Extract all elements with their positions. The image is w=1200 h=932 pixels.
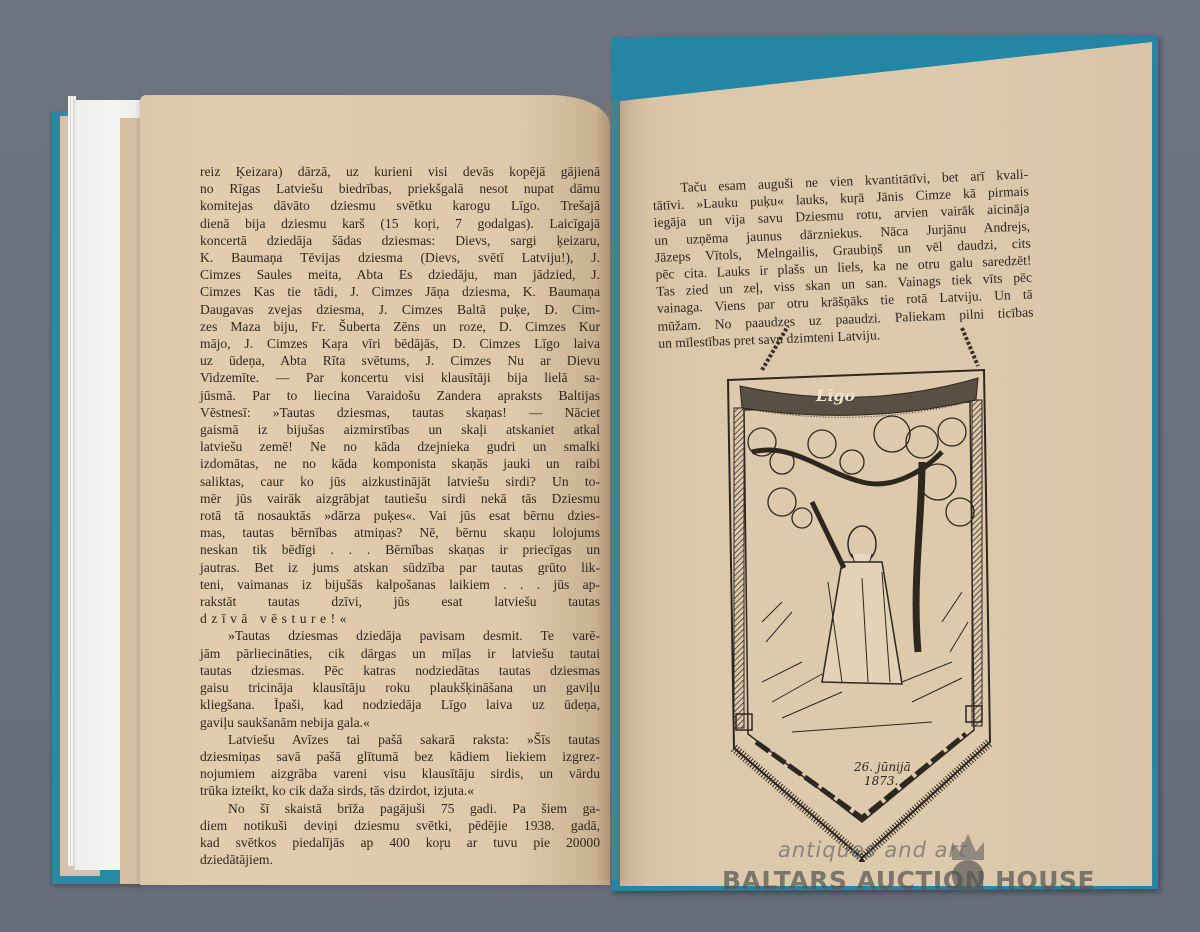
- text-line: jautras. Bet iz jums atskan sūdzība par …: [200, 559, 600, 576]
- text-line: Vēstnesī: »Tautas dziesmas, tautas skaņa…: [200, 404, 600, 421]
- text-line: kliegšana. Īpaši, kad nodziedāja Līgo la…: [200, 696, 600, 713]
- text-line: gaisu tricināja klausītāju roku plaukšķi…: [200, 679, 600, 696]
- text-line: Cimzes Saules meita, Abta Es dziedāju, m…: [200, 266, 600, 283]
- text-line: mas, tautas bērnības atmiņas? Nē, bērnu …: [200, 524, 600, 541]
- text-line: dziesmiņas savā pašā glītumā bez kādiem …: [200, 748, 600, 765]
- text-line: latviešu zemē! Ne no kāda dzejnieka gudr…: [200, 438, 600, 455]
- text-line: jūsmā. Par to liecina Varaidošu Zandera …: [200, 387, 600, 404]
- watermark-brand: BALTARS AUCTION HOUSE: [722, 866, 1095, 895]
- book-gutter: [596, 100, 632, 880]
- banner-date: 26. jūnijā: [854, 760, 911, 774]
- text-line: dziedātājiem.: [200, 851, 600, 868]
- text-line: No šī skaistā brīža pagājuši 75 gadi. Pa…: [200, 800, 600, 817]
- text-line: reiz Ķeizara) dārzā, uz kurieni visi dev…: [200, 163, 600, 180]
- text-line: mēr jūs vairāk aizgrābjat tautiešu sirdi…: [200, 490, 600, 507]
- text-line: mājo, J. Cimzes Kaŗa vīri bēdājās, D. Ci…: [200, 335, 600, 352]
- text-line: zes Maza biju, Fr. Šuberta Zēns un roze,…: [200, 318, 600, 335]
- banner-year: 1873.: [864, 774, 898, 788]
- text-line: no Rīgas Latviešu biedrības, priekšgalā …: [200, 180, 600, 197]
- text-line: Daugavas zvejas dziesma, J. Cimzes Baltā…: [200, 301, 600, 318]
- text-line: K. Baumaņa Tēvijas dziesma (Dievs, svētī…: [200, 249, 600, 266]
- ligo-banner-illustration: Līgo 26. jūnijā 1873.: [722, 322, 992, 862]
- text-line: Vidzemīte. — Par koncertu visi klausītāj…: [200, 369, 600, 386]
- text-line-spaced: rakstāt tautas dzīvi, jūs esat latviešu …: [200, 593, 600, 610]
- watermark-tagline: antiques and art: [778, 838, 967, 862]
- text-line: teni, vaimanas iz bijušās kalpošanas lai…: [200, 576, 600, 593]
- banner-title: Līgo: [816, 386, 855, 405]
- left-page-text: reiz Ķeizara) dārzā, uz kurieni visi dev…: [200, 163, 600, 868]
- text-line: komitejas dāvāto dziesmu svētku karogu L…: [200, 197, 600, 214]
- text-line: gaviļu saukšanām nebija gala.«: [200, 714, 600, 731]
- text-line: Latviešu Avīzes tai pašā sakarā raksta: …: [200, 731, 600, 748]
- text-line: jām pārliecināties, cik dārgas un mīļas …: [200, 645, 600, 662]
- text-line: izdomātas, ne no kāda komponista skaņās …: [200, 455, 600, 472]
- text-line: »Tautas dziesmas dziedāja pavisam desmit…: [200, 627, 600, 644]
- banner-drawing: [722, 322, 992, 862]
- text-line: kad svētkos piedalījās ap 400 koŗu ar tu…: [200, 834, 600, 851]
- text-line: tautas dziesmas. Pēc katras nodziedātas …: [200, 662, 600, 679]
- text-line: trūka izteikt, ko cik daža sirds, tās dz…: [200, 782, 600, 799]
- text-line: diem notikuši deviņi dziesmu svētki, pēd…: [200, 817, 600, 834]
- text-line: saliktas, caur ko jūs aizkustinājāt latv…: [200, 473, 600, 490]
- text-line: dienā bija dziesmu karš (15 koŗi, 7 goda…: [200, 215, 600, 232]
- text-line-spaced: dzīvā vēsture!«: [200, 610, 600, 627]
- text-line: rotā tā nosauktās »dārza puķes«. Vai jūs…: [200, 507, 600, 524]
- text-line: nojumiem aizgrāba vareni visu klausītāju…: [200, 765, 600, 782]
- text-line: neskan tik bēdīgi . . . Bērnības skaņas …: [200, 541, 600, 558]
- text-line: Cimzes Kas tie tādi, J. Cimzes Jāņa dzie…: [200, 283, 600, 300]
- text-line: koncertā dziedāja šādas dziesmas: Dievs,…: [200, 232, 600, 249]
- text-line: uz ūdeņa, Abta Rīta svētums, J. Cimzes N…: [200, 352, 600, 369]
- text-line: gaismā iz bijušas aizmirstības un skaļi …: [200, 421, 600, 438]
